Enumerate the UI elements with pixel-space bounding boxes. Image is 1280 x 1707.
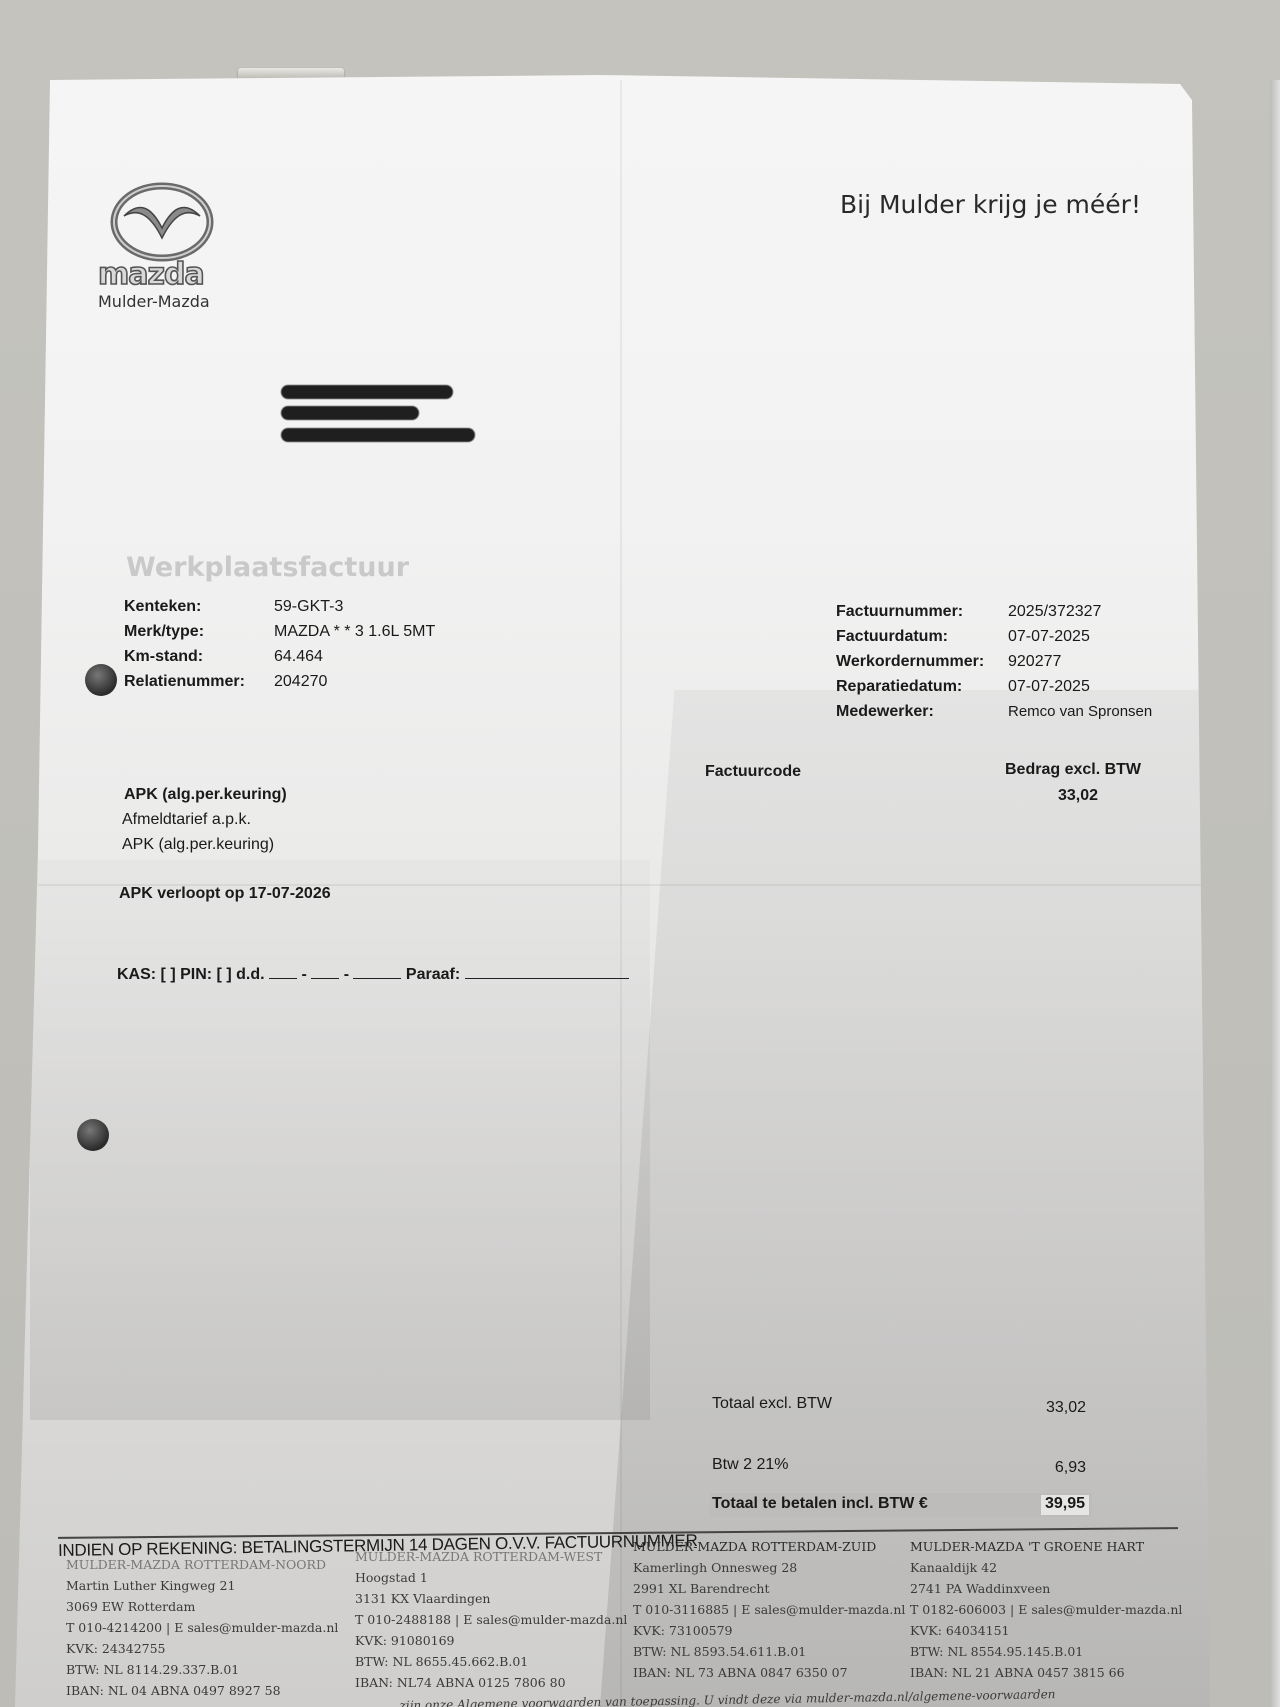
total-excl-value: 33,02 xyxy=(1046,1399,1086,1415)
invoice-lines: APK (alg.per.keuring) Afmeldtarief a.p.k… xyxy=(124,782,287,857)
branch-street: Kamerlingh Onnesweg 28 xyxy=(633,1557,905,1578)
vat-label: Btw 2 21% xyxy=(712,1456,788,1476)
date-separator: - xyxy=(301,966,306,983)
dealer-logo: mazda Mulder-Mazda xyxy=(98,182,228,311)
pin-label: PIN: [ ] xyxy=(180,966,232,983)
date-year-blank xyxy=(353,964,401,979)
branch-rotterdam-zuid: Mulder-Mazda Rotterdam-Zuid Kamerlingh O… xyxy=(633,1536,905,1683)
punch-hole xyxy=(85,664,117,696)
vat-value: 6,93 xyxy=(1055,1459,1086,1476)
branch-btw: BTW: NL 8114.29.337.B.01 xyxy=(66,1659,338,1680)
totals-block: Totaal excl. BTW 33,02 Btw 2 21% 6,93 To… xyxy=(712,1395,1092,1517)
branch-city: 2741 PA Waddinxveen xyxy=(910,1578,1182,1599)
meta-row-invoice-number: Factuurnummer:2025/372327 xyxy=(836,599,1152,624)
branch-name: Mulder-Mazda Rotterdam-Zuid xyxy=(633,1536,905,1557)
brand-wordmark: mazda xyxy=(98,258,228,292)
branch-contact: T 010-3116885 | E sales@mulder-mazda.nl xyxy=(633,1599,905,1620)
field-value: 59-GKT-3 xyxy=(274,594,343,619)
document-title: Werkplaatsfactuur xyxy=(126,552,409,583)
branch-kvk: KVK: 24342755 xyxy=(66,1638,338,1659)
branch-street: Martin Luther Kingweg 21 xyxy=(66,1575,338,1596)
date-day-blank xyxy=(269,964,297,979)
branch-btw: BTW: NL 8655.45.662.B.01 xyxy=(355,1651,627,1672)
field-label: Merk/type: xyxy=(124,619,274,644)
mazda-logo-icon xyxy=(110,182,214,262)
vehicle-row-relation: Relatienummer:204270 xyxy=(124,669,435,694)
branch-city: 3069 EW Rotterdam xyxy=(66,1596,338,1617)
branch-contact: T 0182-606003 | E sales@mulder-mazda.nl xyxy=(910,1599,1182,1620)
field-value: 920277 xyxy=(1008,649,1061,674)
field-label: Factuurnummer: xyxy=(836,599,1008,624)
branch-contact: T 010-2488188 | E sales@mulder-mazda.nl xyxy=(355,1609,627,1630)
adjacent-paper-edge xyxy=(1270,80,1280,1707)
line-item: Afmeldtarief a.p.k. xyxy=(122,807,287,832)
field-label: Kenteken: xyxy=(124,594,274,619)
line-item: APK (alg.per.keuring) xyxy=(122,832,287,857)
field-label: Werkordernummer: xyxy=(836,649,1008,674)
vehicle-row-plate: Kenteken:59-GKT-3 xyxy=(124,594,435,619)
branch-city: 3131 KX Vlaardingen xyxy=(355,1588,627,1609)
vehicle-info: Kenteken:59-GKT-3 Merk/type:MAZDA * * 3 … xyxy=(124,594,435,694)
total-incl-value: 39,95 xyxy=(1041,1495,1089,1515)
branch-rotterdam-noord: Mulder-Mazda Rotterdam-Noord Martin Luth… xyxy=(66,1554,338,1701)
vehicle-row-model: Merk/type:MAZDA * * 3 1.6L 5MT xyxy=(124,619,435,644)
redaction-bar xyxy=(281,385,453,399)
meta-row-repair-date: Reparatiedatum:07-07-2025 xyxy=(836,674,1152,699)
invoice-paper: mazda Mulder-Mazda Bij Mulder krijg je m… xyxy=(0,0,1280,1707)
kas-label: KAS: [ ] xyxy=(117,966,176,983)
branch-kvk: KVK: 91080169 xyxy=(355,1630,627,1651)
date-separator: - xyxy=(344,966,349,983)
field-value: 2025/372327 xyxy=(1008,599,1101,624)
line-group-amount: 33,02 xyxy=(1058,787,1098,805)
branch-name: Mulder-Mazda Rotterdam-West xyxy=(355,1546,627,1567)
date-label: d.d. xyxy=(236,966,264,983)
vat-row: Btw 2 21% 6,93 xyxy=(712,1456,1092,1476)
meta-row-employee: Medewerker:Remco van Spronsen xyxy=(836,699,1152,724)
invoice-meta: Factuurnummer:2025/372327 Factuurdatum:0… xyxy=(836,599,1152,724)
total-incl-row: Totaal te betalen incl. BTW € 39,95 xyxy=(710,1493,1092,1517)
date-month-blank xyxy=(311,964,339,979)
branch-btw: BTW: NL 8554.95.145.B.01 xyxy=(910,1641,1182,1662)
branch-kvk: KVK: 64034151 xyxy=(910,1620,1182,1641)
meta-row-work-order: Werkordernummer:920277 xyxy=(836,649,1152,674)
branch-name: Mulder-Mazda 't Groene Hart xyxy=(910,1536,1182,1557)
field-label: Relatienummer: xyxy=(124,669,274,694)
branch-kvk: KVK: 73100579 xyxy=(633,1620,905,1641)
branch-iban: IBAN: NL 04 ABNA 0497 8927 58 xyxy=(66,1680,338,1701)
punch-hole xyxy=(77,1119,109,1151)
branch-iban: IBAN: NL74 ABNA 0125 7806 80 xyxy=(355,1672,627,1693)
field-value: Remco van Spronsen xyxy=(1008,699,1152,724)
branch-iban: IBAN: NL 73 ABNA 0847 6350 07 xyxy=(633,1662,905,1683)
payment-signature-line: KAS: [ ] PIN: [ ] d.d. - - Paraaf: xyxy=(117,964,629,984)
field-value: 07-07-2025 xyxy=(1008,674,1090,699)
dealer-name: Mulder-Mazda xyxy=(98,292,228,311)
column-header-amount: Bedrag excl. BTW xyxy=(1005,761,1141,779)
meta-row-invoice-date: Factuurdatum:07-07-2025 xyxy=(836,624,1152,649)
branch-rotterdam-west: Mulder-Mazda Rotterdam-West Hoogstad 1 3… xyxy=(355,1546,627,1693)
total-excl-label: Totaal excl. BTW xyxy=(712,1395,832,1415)
paraaf-blank xyxy=(465,964,629,979)
line-group-heading: APK (alg.per.keuring) xyxy=(124,782,287,807)
field-label: Factuurdatum: xyxy=(836,624,1008,649)
field-value: 204270 xyxy=(274,669,327,694)
field-label: Reparatiedatum: xyxy=(836,674,1008,699)
redaction-bar xyxy=(281,428,475,442)
branch-name: Mulder-Mazda Rotterdam-Noord xyxy=(66,1554,338,1575)
redaction-bar xyxy=(281,406,419,420)
branch-street: Kanaaldijk 42 xyxy=(910,1557,1182,1578)
branch-btw: BTW: NL 8593.54.611.B.01 xyxy=(633,1641,905,1662)
field-value: 07-07-2025 xyxy=(1008,624,1090,649)
column-header-code: Factuurcode xyxy=(705,763,801,781)
branch-contact: T 010-4214200 | E sales@mulder-mazda.nl xyxy=(66,1617,338,1638)
branch-city: 2991 XL Barendrecht xyxy=(633,1578,905,1599)
field-label: Km-stand: xyxy=(124,644,274,669)
paraaf-label: Paraaf: xyxy=(406,966,460,983)
total-excl-row: Totaal excl. BTW 33,02 xyxy=(712,1395,1092,1415)
branch-iban: IBAN: NL 21 ABNA 0457 3815 66 xyxy=(910,1662,1182,1683)
field-label: Medewerker: xyxy=(836,699,1008,724)
branch-street: Hoogstad 1 xyxy=(355,1567,627,1588)
total-incl-label: Totaal te betalen incl. BTW € xyxy=(712,1495,928,1515)
apk-expiry: APK verloopt op 17-07-2026 xyxy=(119,885,331,903)
shadow xyxy=(30,860,650,1420)
vehicle-row-mileage: Km-stand:64.464 xyxy=(124,644,435,669)
branch-groene-hart: Mulder-Mazda 't Groene Hart Kanaaldijk 4… xyxy=(910,1536,1182,1683)
field-value: 64.464 xyxy=(274,644,323,669)
slogan: Bij Mulder krijg je méér! xyxy=(840,190,1141,219)
field-value: MAZDA * * 3 1.6L 5MT xyxy=(274,619,435,644)
